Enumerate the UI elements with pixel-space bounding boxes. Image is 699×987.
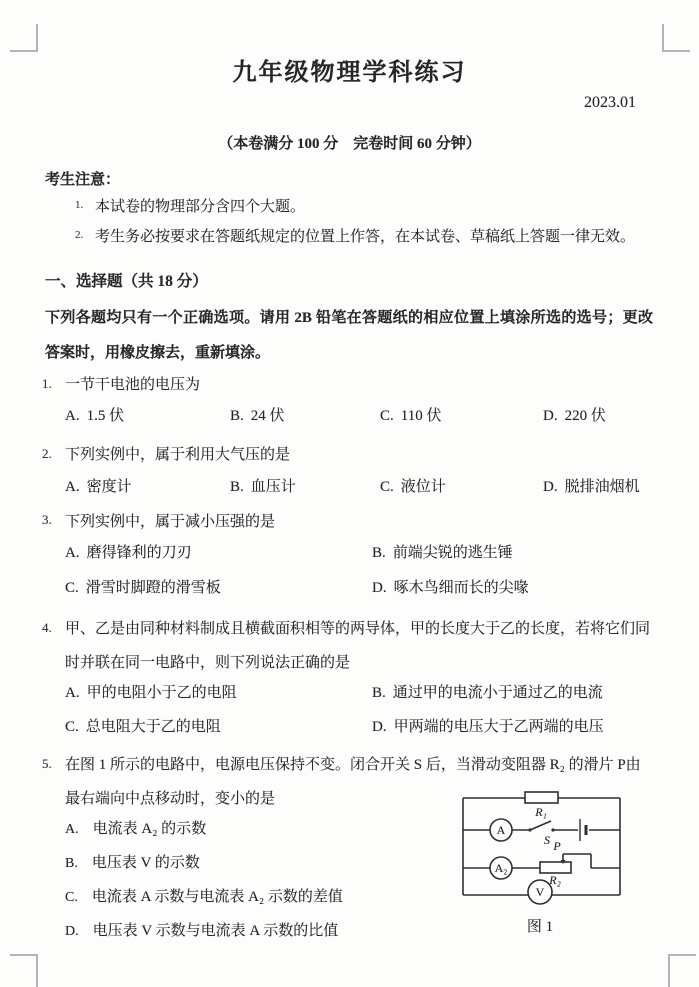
option: C.液位计 xyxy=(380,475,446,496)
question-number: 2. xyxy=(42,446,52,462)
option-label: C. xyxy=(65,580,79,596)
option-text: 密度计 xyxy=(87,479,132,495)
option-text: 220 伏 xyxy=(565,408,606,424)
question-number: 1. xyxy=(42,376,52,392)
exam-paper-page: 九年级物理学科练习 2023.01 （本卷满分 100 分 完卷时间 60 分钟… xyxy=(0,0,699,987)
option: B.血压计 xyxy=(230,475,296,496)
option: D.啄木鸟细而长的尖喙 xyxy=(372,576,529,597)
option-text: 电压表 V 的示数 xyxy=(92,855,200,871)
exam-date: 2023.01 xyxy=(584,94,636,112)
option: A.甲的电阻小于乙的电阻 xyxy=(65,681,237,702)
option: A.密度计 xyxy=(65,475,132,496)
crop-mark-top-left xyxy=(10,24,38,52)
option-label: C. xyxy=(380,408,394,424)
notice-heading: 考生注意： xyxy=(45,168,120,189)
section-instructions: 下列各题均只有一个正确选项。请用 2B 铅笔在答题纸的相应位置上填涂所选的选号；… xyxy=(45,301,653,371)
option: A.1.5 伏 xyxy=(65,404,124,425)
option-label: C. xyxy=(65,890,78,905)
option-text: 前端尖锐的逃生锤 xyxy=(393,545,513,561)
question-number: 3. xyxy=(42,512,52,528)
option-text: 电流表 A 示数与电流表 A₂ 示数的差值 xyxy=(92,889,343,905)
label-r1: R₁ xyxy=(534,805,547,819)
crop-mark-top-right xyxy=(662,24,690,52)
option-label: D. xyxy=(372,580,387,596)
option-label: A. xyxy=(65,685,80,701)
option-label: B. xyxy=(230,479,244,495)
option-label: A. xyxy=(65,408,80,424)
label-s: S xyxy=(544,833,550,847)
option: A.电流表 A₂ 的示数 xyxy=(65,817,206,838)
option: B.电压表 V 的示数 xyxy=(65,851,200,872)
option-text: 液位计 xyxy=(401,479,446,495)
option-label: A. xyxy=(65,822,79,837)
option-text: 甲的电阻小于乙的电阻 xyxy=(87,685,237,701)
option-label: B. xyxy=(230,408,244,424)
option-label: C. xyxy=(380,479,394,495)
question-number: 4. xyxy=(42,620,52,636)
page-title: 九年级物理学科练习 xyxy=(0,52,699,87)
label-a2: A₂ xyxy=(495,861,508,875)
question-text: 下列实例中，属于利用大气压的是 xyxy=(65,438,290,472)
option-text: 脱排油烟机 xyxy=(565,479,640,495)
crop-mark-bottom-right xyxy=(668,954,696,987)
option-label: C. xyxy=(65,719,79,735)
exam-info: （本卷满分 100 分 完卷时间 60 分钟） xyxy=(0,132,699,153)
question-text: 甲、乙是由同种材料制成且横截面积相等的两导体，甲的长度大于乙的长度，若将它们同时… xyxy=(65,612,651,680)
option: D.甲两端的电压大于乙两端的电压 xyxy=(372,715,604,736)
option-text: 甲两端的电压大于乙两端的电压 xyxy=(394,719,604,735)
figure-caption: 图 1 xyxy=(450,915,630,936)
option-text: 滑雪时脚蹬的滑雪板 xyxy=(86,580,221,596)
notice-item-num: 1. xyxy=(75,199,83,211)
notice-item: 本试卷的物理部分含四个大题。 xyxy=(95,195,305,216)
option-text: 1.5 伏 xyxy=(87,408,125,424)
option-label: A. xyxy=(65,545,80,561)
crop-mark-bottom-left xyxy=(10,954,38,987)
option-label: B. xyxy=(65,856,78,871)
option: D.220 伏 xyxy=(543,404,606,425)
option: B.24 伏 xyxy=(230,404,285,425)
option: C.总电阻大于乙的电阻 xyxy=(65,715,221,736)
option-text: 电流表 A₂ 的示数 xyxy=(93,821,207,837)
option-label: D. xyxy=(372,719,387,735)
option-text: 血压计 xyxy=(251,479,296,495)
option-text: 110 伏 xyxy=(401,408,442,424)
section-heading: 一、选择题（共 18 分） xyxy=(45,269,208,291)
option-text: 总电阻大于乙的电阻 xyxy=(86,719,221,735)
option-text: 磨得锋利的刀刃 xyxy=(87,545,192,561)
option-text: 电压表 V 示数与电流表 A 示数的比值 xyxy=(93,923,339,939)
option-label: B. xyxy=(372,685,386,701)
circuit-figure: R₁ A S A₂ P R₂ V xyxy=(450,786,630,908)
option: D.脱排油烟机 xyxy=(543,475,640,496)
question-text: 下列实例中，属于减小压强的是 xyxy=(65,505,275,539)
option-text: 24 伏 xyxy=(251,408,285,424)
notice-item-num: 2. xyxy=(75,229,83,241)
option-label: D. xyxy=(543,408,558,424)
option: D.电压表 V 示数与电流表 A 示数的比值 xyxy=(65,919,338,940)
resistor-r1 xyxy=(525,792,558,803)
rheostat-r2 xyxy=(540,862,571,873)
option: C.电流表 A 示数与电流表 A₂ 示数的差值 xyxy=(65,885,343,906)
option: B.通过甲的电流小于通过乙的电流 xyxy=(372,681,603,702)
option: B.前端尖锐的逃生锤 xyxy=(372,541,513,562)
notice-item: 考生务必按要求在答题纸规定的位置上作答，在本试卷、草稿纸上答题一律无效。 xyxy=(95,225,635,246)
label-p: P xyxy=(552,839,561,853)
question-number: 5. xyxy=(42,756,52,772)
option-label: B. xyxy=(372,545,386,561)
option: C.滑雪时脚蹬的滑雪板 xyxy=(65,576,221,597)
label-r2: R₂ xyxy=(548,873,561,887)
option-label: A. xyxy=(65,479,80,495)
question-text: 一节干电池的电压为 xyxy=(65,368,200,402)
option-text: 通过甲的电流小于通过乙的电流 xyxy=(393,685,603,701)
option: C.110 伏 xyxy=(380,404,441,425)
option-label: D. xyxy=(543,479,558,495)
option-label: D. xyxy=(65,924,79,939)
label-v: V xyxy=(536,885,545,899)
label-a: A xyxy=(497,823,506,837)
option-text: 啄木鸟细而长的尖喙 xyxy=(394,580,529,596)
option: A.磨得锋利的刀刃 xyxy=(65,541,192,562)
